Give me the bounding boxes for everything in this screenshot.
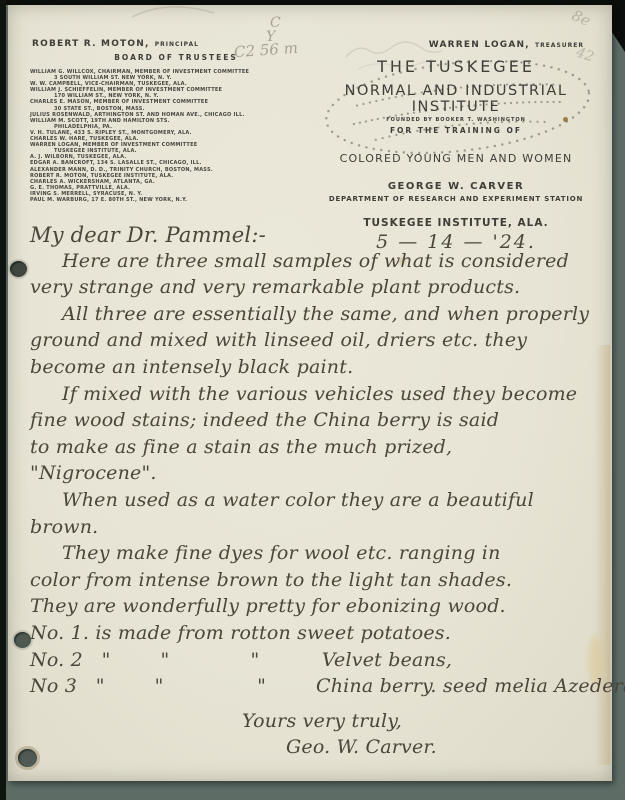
scanned-letter-page: { "letterhead": { "principal_name": "ROB…: [0, 0, 625, 800]
letter-line: No 3 " " " China berry. seed melia Azede…: [30, 675, 612, 702]
letter-line: Here are three small samples of what is …: [30, 250, 612, 277]
principal-name: ROBERT R. MOTON,: [32, 39, 150, 49]
principal-line: ROBERT R. MOTON, PRINCIPAL: [32, 31, 199, 50]
pencil-arc: [128, 5, 218, 21]
trustee-line: PAUL M. WARBURG, 17 E. 80TH ST., NEW YOR…: [30, 197, 322, 203]
letter-line: If mixed with the various vehicles used …: [30, 383, 612, 410]
board-of-trustees: BOARD OF TRUSTEES WILLIAM G. WILLCOX, CH…: [30, 53, 322, 203]
department-line: DEPARTMENT OF RESEARCH AND EXPERIMENT ST…: [306, 195, 606, 203]
institute-name-2: NORMAL AND INDUSTRIAL INSTITUTE: [306, 83, 606, 115]
letter-line: to make as fine a stain as the much priz…: [30, 436, 612, 463]
training-line-2: COLORED YOUNG MEN AND WOMEN: [306, 152, 606, 165]
letter-line: fine wood stains; indeed the China berry…: [30, 409, 612, 436]
letter-line: become an intensely black paint.: [30, 356, 612, 383]
scan-edge-left: [0, 0, 6, 800]
punch-hole: [10, 261, 27, 277]
letter-page: ROBERT R. MOTON, PRINCIPAL WARREN LOGAN,…: [8, 5, 612, 781]
training-line-1: FOR THE TRAINING OF: [306, 126, 606, 135]
letter-line: All three are essentially the same, and …: [30, 303, 612, 330]
letter-line: No. 2 " " " Velvet beans,: [30, 649, 612, 676]
treasurer-line: WARREN LOGAN, TREASURER: [429, 32, 584, 51]
letter-line: Yours very truly,: [242, 702, 612, 737]
letter-line: "Nigrocene".: [30, 462, 612, 489]
letter-line: color from intense brown to the light ta…: [30, 569, 612, 596]
letter-line: Geo. W. Carver.: [286, 736, 612, 763]
letter-line: brown.: [30, 516, 612, 543]
letter-line: They are wonderfully pretty for ebonizin…: [30, 595, 612, 622]
punch-hole: [14, 632, 31, 648]
trustee-list: WILLIAM G. WILLCOX, CHAIRMAN, MEMBER OF …: [30, 69, 322, 203]
letter-line: very strange and very remarkable plant p…: [30, 276, 612, 303]
letter-line: When used as a water color they are a be…: [30, 489, 612, 516]
founded-line: FOUNDED BY BOOKER T. WASHINGTON: [306, 117, 606, 123]
letter-line: No. 1. is made from rotton sweet potatoe…: [30, 622, 612, 649]
letter-line: They make fine dyes for wool etc. rangin…: [30, 542, 612, 569]
letter-line: ground and mixed with linseed oil, drier…: [30, 329, 612, 356]
letter-line: My dear Dr. Pammel:-: [30, 223, 612, 250]
carver-name: GEORGE W. CARVER: [306, 181, 606, 192]
principal-title: PRINCIPAL: [155, 41, 199, 48]
letter-body: My dear Dr. Pammel:-Here are three small…: [30, 223, 612, 763]
pencil-mark-corner-1: 8e: [569, 6, 593, 30]
pencil-squiggle: [338, 27, 448, 77]
